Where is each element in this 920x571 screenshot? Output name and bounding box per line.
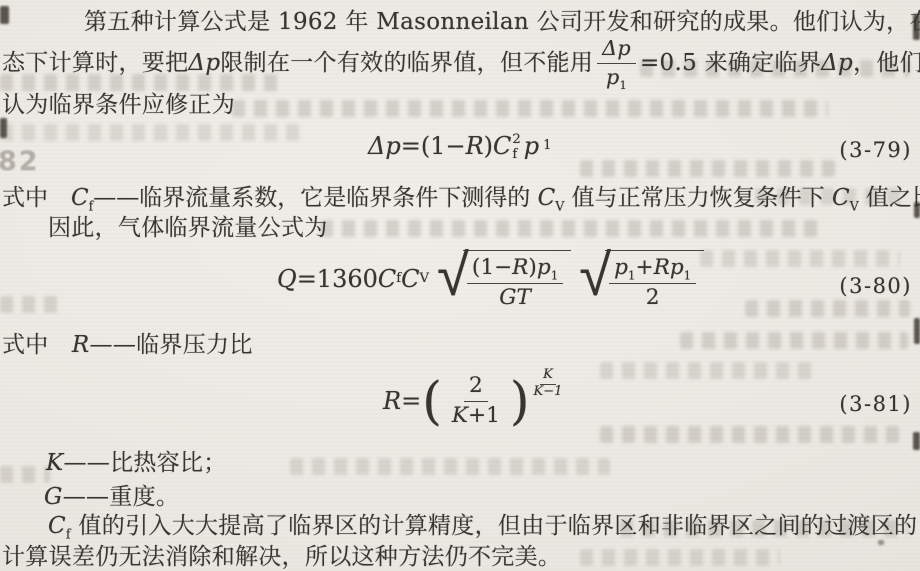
- var-C: C: [493, 132, 511, 160]
- bleed-through-text: [745, 300, 910, 317]
- equation-label-3-80: (3-80): [839, 274, 912, 298]
- sup-sub-stack: 2f: [512, 133, 520, 162]
- equation-3-81: R=(2K+1)KK−1: [383, 376, 562, 426]
- equation-3-80: Q=1360CfCV√(1−R)p1GT√p1+Rp12: [277, 250, 704, 308]
- subscript: V: [850, 199, 859, 214]
- subscript: f: [512, 148, 517, 163]
- var-C: C: [48, 513, 66, 539]
- var-p: p: [670, 255, 684, 280]
- bleed-through-text: [232, 100, 828, 117]
- bleed-through-text: [0, 466, 50, 483]
- bleed-through-text: [580, 160, 835, 177]
- var-p: p: [524, 132, 539, 160]
- paragraph-2: 因此，气体临界流量公式为: [48, 214, 328, 243]
- body-text: 值与正常压力恢复条件下: [564, 185, 832, 211]
- var-delta-p: Δp: [188, 49, 220, 78]
- paragraph-1-line-2: 态下计算时，要把 Δp 限制在一个有效的临界值，但不能用Δpp1=0.5 来确定…: [2, 36, 920, 90]
- radical-sign: √: [437, 247, 469, 303]
- math-operator: +1: [468, 403, 500, 428]
- body-text: 计算误差仍无法消除和解决，所以这种方法仍不完美。: [2, 544, 561, 570]
- frac-denominator: p: [606, 65, 620, 89]
- var-delta-p: Δp: [821, 49, 853, 78]
- exponent-numerator: K: [540, 368, 556, 385]
- var-C: C: [378, 265, 396, 293]
- body-text: 值之比。: [859, 185, 920, 211]
- equation-label-3-79: (3-79): [839, 138, 912, 162]
- equation-3-79: Δp=(1−R)C2fp1: [368, 128, 552, 164]
- paragraph-3-line-1: Cf 值的引入大大提高了临界区的计算精度，但由于临界区和非临界区之间的过渡区的: [48, 512, 917, 541]
- scan-edge-mark: [0, 118, 7, 138]
- bleed-through-text: [580, 549, 780, 566]
- body-text: ——临界压力比: [90, 332, 253, 358]
- bleed-through-page-number: 82: [0, 146, 40, 177]
- var-GT: GT: [499, 285, 531, 310]
- math-operator: ): [528, 255, 536, 280]
- body-text: 第五种计算公式是 1962 年 Masonneilan 公司开发和研究的成果。他…: [84, 9, 920, 35]
- body-text: ——临界流量系数，它是临界条件下测得的: [93, 185, 537, 211]
- body-text: 认为临界条件应修正为: [2, 92, 235, 118]
- var-C: C: [832, 185, 850, 211]
- var-R: R: [72, 332, 90, 358]
- definition-g-line: G——重度。: [44, 483, 179, 512]
- scan-edge-mark: [0, 6, 9, 24]
- var-G: G: [44, 484, 63, 510]
- bleed-through-text: [320, 220, 820, 237]
- body-text: 因此，气体临界流量公式为: [48, 215, 328, 241]
- square-root-2: √p1+Rp12: [579, 248, 704, 311]
- math-operator: +: [635, 255, 653, 280]
- body-text: 式中: [2, 185, 71, 211]
- subscript: V: [555, 199, 564, 214]
- definition-k-line: K——比热容比；: [46, 449, 227, 478]
- var-p: p: [614, 255, 628, 280]
- body-text: ——重度。: [63, 484, 180, 510]
- body-text: ，他们: [853, 49, 920, 78]
- var-C: C: [71, 185, 89, 211]
- math-operator: ): [484, 132, 493, 160]
- frac-numerator: Δp: [602, 36, 631, 60]
- subscript: 1: [684, 268, 692, 282]
- paragraph-3-line-2: 计算误差仍无法消除和解决，所以这种方法仍不完美。: [2, 543, 561, 571]
- var-C: C: [401, 265, 419, 293]
- math-operator: =(1−: [401, 132, 466, 160]
- radical-sign: √: [579, 247, 611, 303]
- var-R: R: [512, 255, 528, 280]
- var-p: p: [537, 255, 551, 280]
- fraction-2-over-K-plus-1: 2K+1: [447, 374, 505, 429]
- math-number: 2: [646, 285, 660, 310]
- var-K: K: [46, 450, 63, 476]
- paragraph-1-line-1: 第五种计算公式是 1962 年 Masonneilan 公司开发和研究的成果。他…: [84, 8, 920, 37]
- body-text: 态下计算时，要把: [2, 49, 188, 78]
- var-R: R: [466, 132, 484, 160]
- body-text: =0.5 来确定临界: [640, 49, 821, 78]
- definition-cf-line: 式中 Cf——临界流量系数，它是临界条件下测得的 CV 值与正常压力恢复条件下 …: [2, 184, 920, 213]
- scan-edge-mark: [913, 432, 920, 450]
- bleed-through-text: [0, 124, 300, 141]
- scanned-textbook-page: 82 第五种计算公式是 1962 年 Masonneilan 公司开发和研究的成…: [0, 0, 920, 571]
- fraction-1mR-p1-over-GT: (1−R)p1GT: [467, 256, 563, 311]
- equation-label-3-81: (3-81): [839, 392, 912, 416]
- square-root-1: √(1−R)p1GT: [437, 248, 571, 311]
- bleed-through-text: [290, 458, 610, 475]
- definition-r-line: 式中 R——临界压力比: [2, 331, 253, 360]
- math-number: 2: [469, 373, 483, 398]
- exponent-denominator: K−1: [534, 385, 563, 400]
- var-R: R: [654, 255, 670, 280]
- paragraph-1-line-3: 认为临界条件应修正为: [2, 91, 235, 120]
- body-text: ——比热容比；: [63, 450, 226, 476]
- bleed-through-text: [680, 332, 908, 349]
- inline-fraction-dp-over-p1: Δpp1: [597, 37, 636, 90]
- var-Q: Q: [277, 265, 297, 293]
- bleed-through-text: [700, 250, 900, 267]
- var-K: K: [452, 403, 468, 428]
- bleed-through-text: [0, 296, 58, 313]
- subscript: 1: [620, 78, 628, 92]
- math-operator: =1360: [297, 265, 378, 293]
- var-delta-p: Δp: [368, 132, 401, 160]
- scan-speck: [878, 540, 884, 545]
- math-operator: (1−: [472, 255, 512, 280]
- exponent-K-over-K-minus-1: KK−1: [534, 368, 563, 400]
- body-text: 限制在一个有效的临界值，但不能用: [220, 49, 593, 78]
- subscript: 1: [551, 268, 559, 282]
- body-text: 值的引入大大提高了临界区的计算精度，但由于临界区和非临界区之间的过渡区的: [71, 513, 917, 539]
- superscript: 2: [512, 133, 520, 148]
- math-operator: =: [401, 387, 421, 415]
- fraction-p1-plus-Rp1-over-2: p1+Rp12: [609, 256, 696, 311]
- var-C: C: [538, 185, 556, 211]
- body-text: 式中: [2, 332, 72, 358]
- bleed-through-text: [600, 362, 820, 379]
- scan-edge-mark: [914, 318, 920, 344]
- bleed-through-text: [600, 426, 900, 443]
- var-R: R: [383, 387, 401, 415]
